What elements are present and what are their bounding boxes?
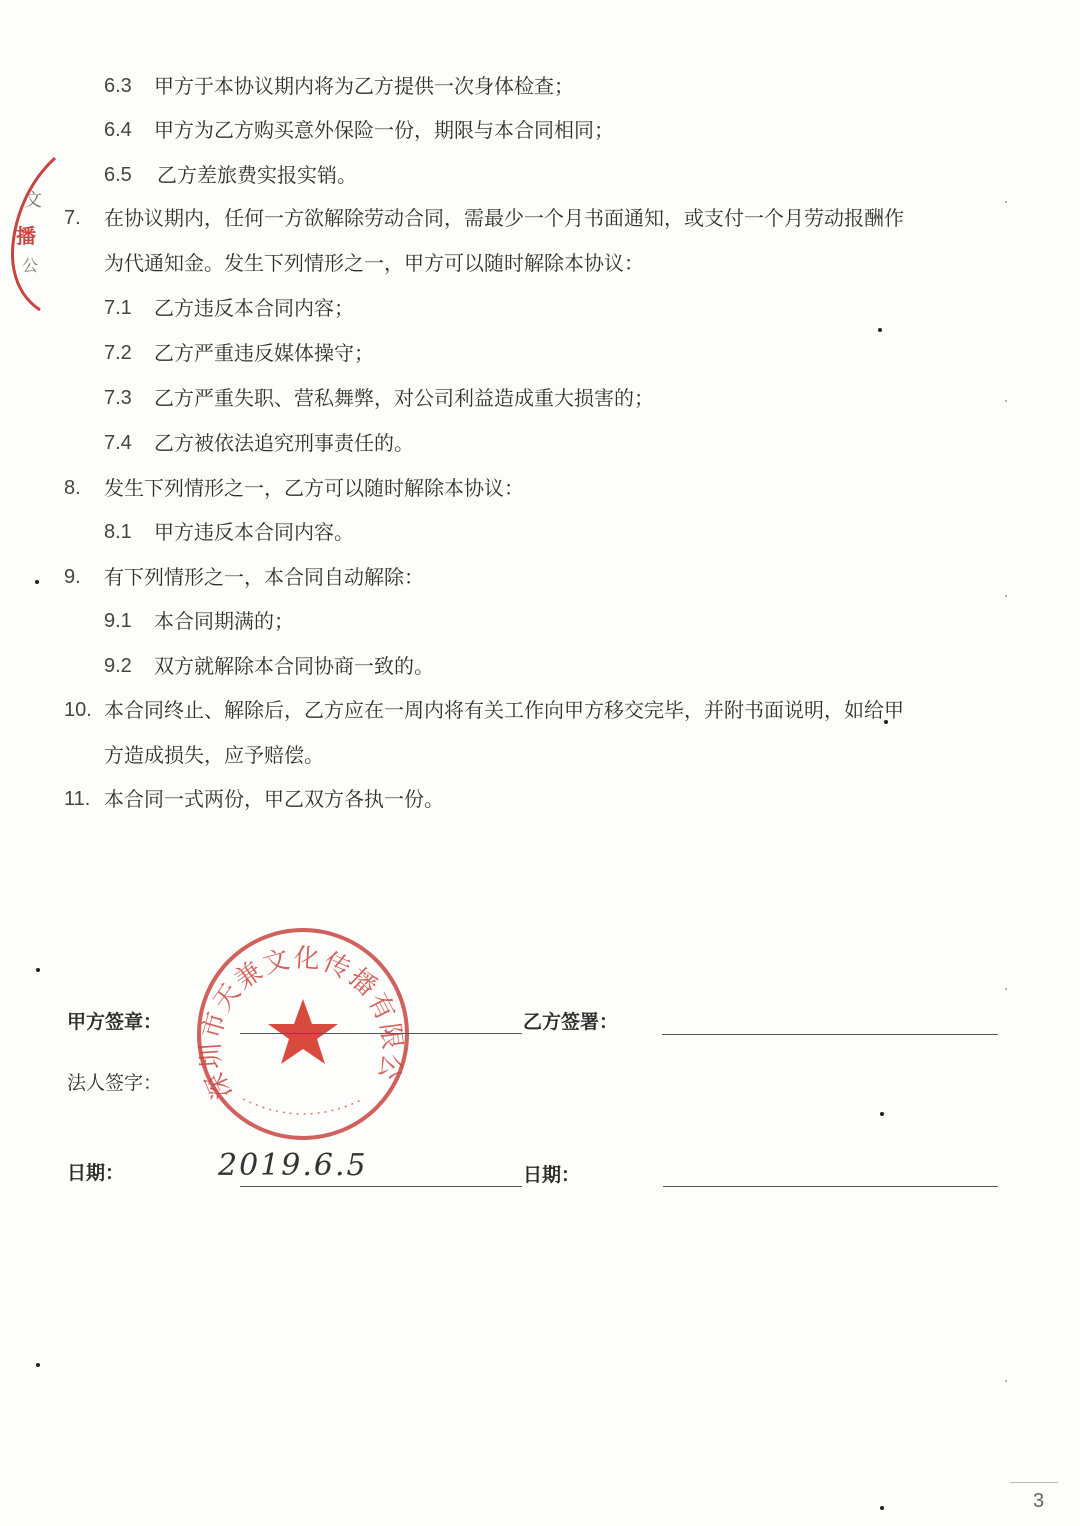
scan-speck xyxy=(880,1506,884,1510)
seal-star-icon xyxy=(268,999,338,1064)
scan-speck xyxy=(884,720,888,724)
clause-text: 乙方严重失职、营私舞弊，对公司利益造成重大损害的； xyxy=(154,386,654,410)
clause-text: 本合同一式两份，甲乙双方各执一份。 xyxy=(104,787,444,811)
clause-text: 甲方于本协议期内将为乙方提供一次身体检查； xyxy=(154,74,574,98)
clause-number: 6.3 xyxy=(104,74,132,98)
clause-text: 双方就解除本合同协商一致的。 xyxy=(154,654,434,678)
scan-speck xyxy=(35,580,39,584)
scan-speck xyxy=(36,968,40,972)
page-number-rule xyxy=(1010,1482,1058,1483)
party-a-seal-line xyxy=(240,1033,522,1034)
party-a-date-line xyxy=(240,1186,522,1187)
clause-text: 方造成损失，应予赔偿。 xyxy=(104,743,324,767)
company-seal: 深圳市天兼文化传播有限公司 xyxy=(193,924,413,1144)
side-seal-char: 文 xyxy=(24,186,42,212)
scan-speck xyxy=(1005,988,1007,990)
clause-number: 11. xyxy=(64,787,90,811)
party-a-date-value: 2019.6.5 xyxy=(218,1148,368,1183)
clause-number: 7.3 xyxy=(104,386,132,410)
clause-text: 发生下列情形之一，乙方可以随时解除本协议： xyxy=(104,476,524,500)
clause-number: 8.1 xyxy=(104,520,132,544)
scan-speck xyxy=(1005,201,1007,203)
clause-text: 乙方严重违反媒体操守； xyxy=(154,341,374,365)
scan-speck xyxy=(1005,1380,1007,1382)
scan-speck xyxy=(1005,595,1007,597)
party-b-date-label: 日期： xyxy=(523,1160,580,1187)
party-b-sign-label: 乙方签署： xyxy=(523,1007,618,1034)
clause-text: 为代通知金。发生下列情形之一，甲方可以随时解除本协议： xyxy=(104,251,644,275)
page-number: 3 xyxy=(1033,1490,1044,1513)
clause-number: 6.4 xyxy=(104,118,132,142)
legal-rep-label: 法人签字： xyxy=(67,1068,162,1095)
party-a-seal-label: 甲方签章： xyxy=(67,1007,162,1034)
clause-number: 6.5 xyxy=(104,163,132,187)
party-a-date-label: 日期： xyxy=(67,1158,124,1185)
scan-speck xyxy=(880,1112,884,1116)
clause-number: 8. xyxy=(64,476,81,500)
clause-number: 9. xyxy=(64,565,81,589)
clause-number: 9.1 xyxy=(104,609,132,633)
party-b-date-line[interactable] xyxy=(663,1186,998,1187)
clause-text: 本合同期满的； xyxy=(154,609,294,633)
clause-number: 7.4 xyxy=(104,431,132,455)
clause-number: 7.2 xyxy=(104,341,132,365)
clause-text: 有下列情形之一，本合同自动解除： xyxy=(104,565,424,589)
scan-speck xyxy=(36,1363,40,1367)
clause-text: 乙方被依法追究刑事责任的。 xyxy=(154,431,414,455)
clause-number: 7.1 xyxy=(104,296,132,320)
clause-number: 9.2 xyxy=(104,654,132,678)
clause-number: 10. xyxy=(64,698,92,722)
scan-speck xyxy=(878,328,882,332)
clause-text: 本合同终止、解除后，乙方应在一周内将有关工作向甲方移交完毕，并附书面说明，如给甲 xyxy=(104,698,904,722)
clause-text: 甲方违反本合同内容。 xyxy=(154,520,354,544)
clause-text: 乙方差旅费实报实销。 xyxy=(157,163,357,187)
scan-speck xyxy=(1005,400,1007,402)
clause-text: 在协议期内，任何一方欲解除劳动合同，需最少一个月书面通知，或支付一个月劳动报酬作 xyxy=(104,206,904,230)
clause-text: 甲方为乙方购买意外保险一份，期限与本合同相同； xyxy=(154,118,614,142)
side-seal-char: 播 xyxy=(16,220,36,249)
clause-text: 乙方违反本合同内容； xyxy=(154,296,354,320)
side-seal-char: 公 xyxy=(22,253,38,276)
party-b-sign-line[interactable] xyxy=(662,1034,998,1035)
